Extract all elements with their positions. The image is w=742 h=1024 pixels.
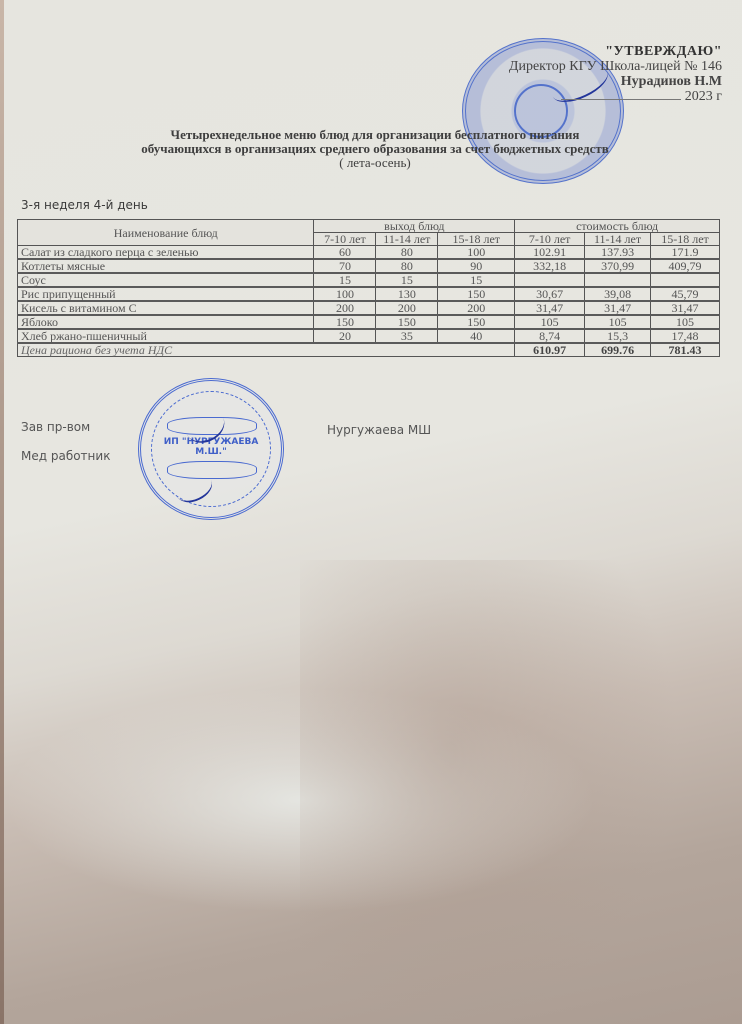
cost-cell: 30,67 [515,287,585,301]
yield-cell: 80 [376,246,438,260]
total-label: Цена рациона без учета НДС [18,343,515,357]
cost-cell: 105 [585,315,651,329]
production-head-name: Нургужаева МШ [327,423,431,437]
cost-cell: 45,79 [651,287,720,301]
yield-cell: 15 [314,273,376,287]
header-age: 7-10 лет [314,233,376,246]
yield-cell: 130 [376,287,438,301]
document-page: "УТВЕРЖДАЮ" Директор КГУ Школа-лицей № 1… [0,0,742,1024]
yield-cell: 100 [438,246,515,260]
stamp-band-bottom [167,461,257,479]
dish-name: Салат из сладкого перца с зеленью [18,246,314,260]
yield-cell: 35 [376,329,438,343]
header-age: 11-14 лет [585,233,651,246]
header-dish-name: Наименование блюд [18,220,314,246]
table-row: Яблоко150150150105105105 [18,315,720,329]
yield-cell: 100 [314,287,376,301]
table-row: Соус151515 [18,273,720,287]
cost-cell: 409,79 [651,259,720,273]
yield-cell: 60 [314,246,376,260]
yield-cell: 150 [438,315,515,329]
cost-cell: 102.91 [515,246,585,260]
yield-cell: 150 [376,315,438,329]
cost-cell: 171.9 [651,246,720,260]
yield-cell: 200 [376,301,438,315]
header-yield: выход блюд [314,220,515,233]
header-age: 7-10 лет [515,233,585,246]
document-title: Четырехнедельное меню блюд для организац… [100,128,650,170]
approval-name: Нурадинов Н.М [509,74,722,89]
cost-cell: 31,47 [515,301,585,315]
yield-cell: 15 [376,273,438,287]
table-row: Рис припущенный10013015030,6739,0845,79 [18,287,720,301]
cost-cell: 105 [651,315,720,329]
yield-cell: 200 [438,301,515,315]
header-cost: стоимость блюд [515,220,720,233]
header-age: 11-14 лет [376,233,438,246]
yield-cell: 40 [438,329,515,343]
title-line-1: Четырехнедельное меню блюд для организац… [100,128,650,142]
cost-cell: 137.93 [585,246,651,260]
production-head-label: Зав пр-вом [21,420,90,434]
dish-name: Кисель с витамином С [18,301,314,315]
approval-date-line [561,99,681,100]
yield-cell: 150 [314,315,376,329]
table-row: Кисель с витамином С20020020031,4731,473… [18,301,720,315]
cost-cell: 8,74 [515,329,585,343]
dish-name: Хлеб ржано-пшеничный [18,329,314,343]
approval-position: Директор КГУ Школа-лицей № 146 [509,59,722,74]
dish-name: Котлеты мясные [18,259,314,273]
total-value: 781.43 [651,343,720,357]
cost-cell: 17,48 [651,329,720,343]
total-value: 699.76 [585,343,651,357]
yield-cell: 70 [314,259,376,273]
total-value: 610.97 [515,343,585,357]
week-day-label: 3-я неделя 4-й день [21,198,148,212]
cost-cell: 15,3 [585,329,651,343]
cost-cell [651,273,720,287]
ip-round-stamp: ИП "НУРГУЖАЕВА М.Ш." [138,378,284,520]
cost-cell: 332,18 [515,259,585,273]
photo-shadow [300,560,680,1024]
yield-cell: 80 [376,259,438,273]
header-age: 15-18 лет [651,233,720,246]
yield-cell: 15 [438,273,515,287]
title-season: ( лета-осень) [100,156,650,170]
dish-name: Яблоко [18,315,314,329]
cost-cell: 31,47 [585,301,651,315]
approval-block: "УТВЕРЖДАЮ" Директор КГУ Школа-лицей № 1… [509,44,722,104]
cost-cell [515,273,585,287]
cost-cell [585,273,651,287]
cost-cell: 31,47 [651,301,720,315]
table-row: Котлеты мясные708090332,18370,99409,79 [18,259,720,273]
cost-cell: 39,08 [585,287,651,301]
medic-label: Мед работник [21,449,110,463]
table-row: Хлеб ржано-пшеничный2035408,7415,317,48 [18,329,720,343]
approval-date-row: 2023 г [509,89,722,104]
cost-cell: 370,99 [585,259,651,273]
yield-cell: 200 [314,301,376,315]
yield-cell: 150 [438,287,515,301]
table-row: Салат из сладкого перца с зеленью6080100… [18,246,720,260]
header-age: 15-18 лет [438,233,515,246]
yield-cell: 20 [314,329,376,343]
dish-name: Рис припущенный [18,287,314,301]
approval-heading: "УТВЕРЖДАЮ" [509,44,722,59]
approval-year: 2023 г [685,89,722,104]
title-line-2: обучающихся в организациях среднего обра… [100,142,650,156]
total-row: Цена рациона без учета НДС 610.97 699.76… [18,343,720,357]
yield-cell: 90 [438,259,515,273]
menu-table: Наименование блюд выход блюд стоимость б… [17,219,720,357]
cost-cell: 105 [515,315,585,329]
dish-name: Соус [18,273,314,287]
